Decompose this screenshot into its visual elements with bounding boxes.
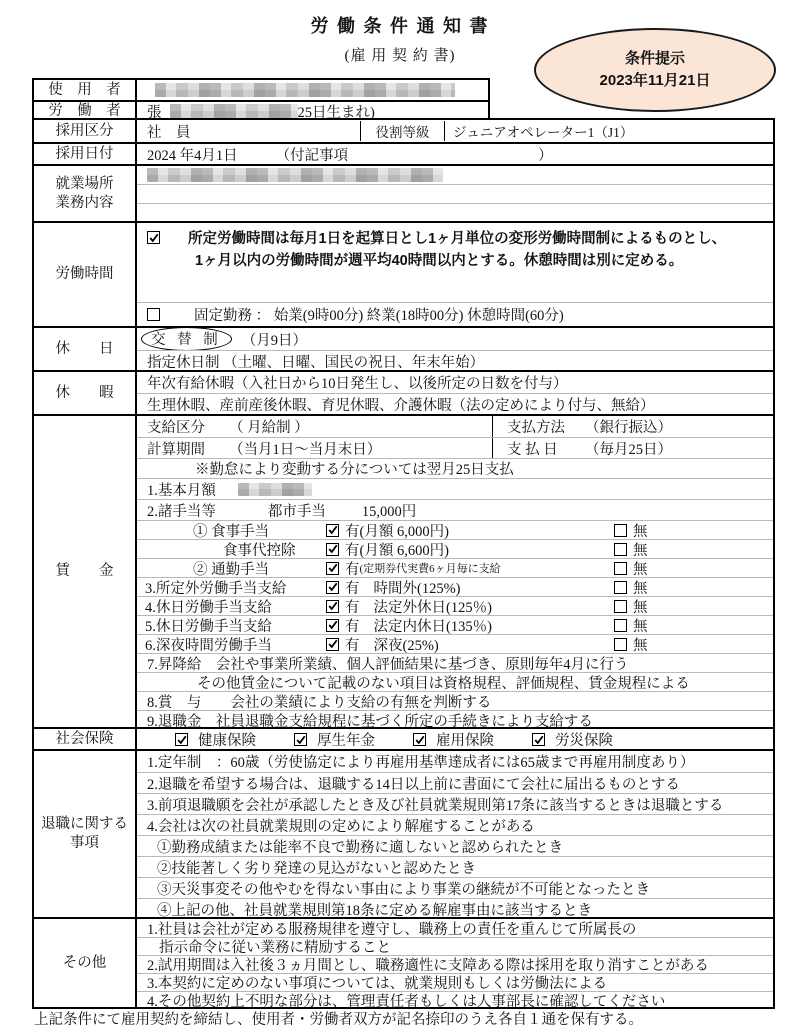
allowance-name: 都市手当 [268,500,326,521]
bonus-row: 8.賞 与 会社の業績により支給の有無を判断する [137,691,773,710]
work-hours-section: 労働時間 所定労働時間は毎月1日を起算日とし1ヶ月単位の変形労働時間制によるもの… [34,221,773,326]
insurance-label: 社会保険 [34,729,137,749]
hire-date-value: 2024 年4月1日 [147,144,238,165]
other-line: 2.試用期間は入社後３ヵ月間とし、職務適性に支障ある際は採用を取り消すことがある [137,955,773,973]
leave-section: 休 暇 年次有給休暇（入社日から10日発生し、以後所定の日数を付与） 生理休暇、… [34,370,773,414]
checkbox-unchecked-icon [614,638,627,651]
other-line: 指示命令に従い業務に精励すること [137,937,773,955]
base-salary-row: 1.基本月額 [137,478,773,499]
checkbox-unchecked-icon [147,308,160,321]
shift-system-circled: 交 替 制 [141,327,232,351]
base-salary-redaction [238,483,312,496]
annual-leave-line: 年次有給休暇（入社日から10日発生し、以後所定の日数を付与） [137,372,773,393]
allowance-check-row: ② 通勤手当 有(定期券代実費6ヶ月毎に支給 無 [137,558,773,577]
resignation-line: ②技能著しく劣り発達の見込がないと認めたとき [137,856,773,877]
checkbox-checked-icon [326,524,339,537]
checkbox-checked-icon [326,638,339,651]
retirement-pay-row: 9.退職金 社員退職金支給規程に基づく所定の手続きにより支給する [137,710,773,729]
resignation-line: ③天災事変その他やむを得ない事由により事業の継続が不可能となったとき [137,877,773,898]
work-hours-label: 労働時間 [34,223,137,326]
checkbox-checked-icon [326,543,339,556]
resignation-label: 退職に関する 事項 [34,751,137,917]
insurance-section: 社会保険 健康保険 厚生年金 雇用保険 労災保険 [34,727,773,749]
designated-holidays: 指定休日制 （土曜、日曜、国民の祝日、年末年始） [137,350,773,372]
insurance-item: 労災保険 [532,729,613,750]
workplace-empty-line [137,203,773,221]
other-line: 1.社員は会社が定める服務規律を遵守し、職務上の責任を重んじて所属長の [137,919,773,937]
worker-row: 労 働 者 張 25日生まれ) [34,100,488,120]
resignation-line: 4.会社は次の社員就業規則の定めにより解雇することがある [137,814,773,835]
raise-note-row: その他賃金について記載のない項目は資格規程、評価規程、賃金規程による [137,672,773,691]
stamp-date: 2023年11月21日 [600,70,711,92]
other-label: その他 [34,919,137,1007]
resignation-line: ①勤務成績または能率不良で勤務に適しないと認められたとき [137,835,773,856]
variable-hours-paragraph: 所定労働時間は毎月1日を起算日とし1ヶ月単位の変形労働時間制によるものとし、 1… [137,223,773,302]
recruit-category-section: 採用区分 社 員 役割等級 ジュニアオペレーター1（J1） [34,120,773,142]
leave-label: 休 暇 [34,372,137,414]
resignation-section: 退職に関する 事項 1.定年制 ：60歳（労使協定により再雇用基準達成者には65… [34,749,773,917]
insurance-item: 雇用保険 [413,729,494,750]
stamp-title: 条件提示 [625,48,685,70]
resignation-line: ④上記の他、社員就業規則第18条に定める解雇事由に該当するとき [137,898,773,919]
fixed-hours-text: 固定勤務 ： 始業(9時00分) 終業(18時00分) 休憩時間(60分) [194,304,564,325]
resignation-line: 2.退職を希望する場合は、退職する14日以上前に書面にて会社に届出るものとする [137,772,773,793]
allowances-row: 2.諸手当等 都市手当 15,000円 [137,499,773,520]
conditions-table: 採用区分 社 員 役割等級 ジュニアオペレーター1（J1） 採用日付 2024 … [32,118,775,1009]
hire-date-section: 採用日付 2024 年4月1日 （付記事項 ） [34,142,773,164]
workplace-redaction [147,168,443,182]
wage-section: 賃 金 支給区分 （ 月給制 ） 支払方法（銀行振込） 計算期間 （当月1日～当… [34,414,773,727]
labor-conditions-document: 労 働 条 件 通 知 書 (雇 用 契 約 書) 条件提示 2023年11月2… [0,0,800,1032]
hire-date-note-open: （付記事項 [276,144,349,165]
allowance-amount: 15,000円 [362,500,416,521]
recruit-category-value: 社 員 [147,121,360,142]
fixed-hours-row: 固定勤務 ： 始業(9時00分) 終業(18時00分) 休憩時間(60分) [137,302,773,326]
checkbox-checked-icon [413,733,426,746]
other-section: その他 1.社員は会社が定める服務規律を遵守し、職務上の責任を重んじて所属長の … [34,917,773,1007]
checkbox-unchecked-icon [614,543,627,556]
shift-system-note: （月9日） [242,329,307,350]
workplace-section: 就業場所 業務内容 [34,164,773,221]
parties-table: 使 用 者 労 働 者 張 25日生まれ) [32,78,490,120]
calc-period-row: 計算期間 （当月1日～当月末日） 支 払 日（毎月25日） [137,437,773,458]
checkbox-checked-icon [326,619,339,632]
other-line: 3.本契約に定めのない事項については、就業規則もしくは労働法による [137,973,773,991]
checkbox-unchecked-icon [614,524,627,537]
condition-presented-stamp: 条件提示 2023年11月21日 [534,28,776,112]
resignation-line: 1.定年制 ：60歳（労使協定により再雇用基準達成者には65歳まで再雇用制度あり… [137,751,773,772]
allowance-check-row: ① 食事手当 有(月額 6,000円) 無 [137,520,773,539]
workplace-empty-line [137,184,773,202]
allowance-check-row: 食事代控除 有(月額 6,600円) 無 [137,539,773,558]
raise-row: 7.昇降給 会社や事業所業績、個人評価結果に基づき、原則毎年4月に行う [137,653,773,672]
holidays-label: 休 日 [34,328,137,370]
checkbox-checked-icon [147,231,160,244]
hire-date-note-close: ） [538,144,553,165]
other-line: 4.その他契約上不明な部分は、管理責任者もしくは人事部長に確認してください [137,991,773,1009]
role-grade-value: ジュニアオペレーター1（J1） [445,121,633,141]
checkbox-checked-icon [326,562,339,575]
insurance-item: 厚生年金 [294,729,375,750]
role-grade-label: 役割等級 [360,121,445,141]
checkbox-checked-icon [294,733,307,746]
checkbox-checked-icon [326,581,339,594]
wage-label: 賃 金 [34,416,137,727]
allowance-check-row: 6.深夜時間労働手当 有深夜(25%) 無 [137,634,773,653]
holidays-section: 休 日 交 替 制 （月9日） 指定休日制 （土曜、日曜、国民の祝日、年末年始） [34,326,773,370]
hire-date-label: 採用日付 [34,144,137,164]
employer-label: 使 用 者 [34,80,137,100]
pay-type-row: 支給区分 （ 月給制 ） 支払方法（銀行振込） [137,416,773,437]
checkbox-checked-icon [532,733,545,746]
checkbox-unchecked-icon [614,600,627,613]
insurance-item: 健康保険 [175,729,256,750]
employer-row: 使 用 者 [34,80,488,100]
checkbox-unchecked-icon [614,619,627,632]
checkbox-checked-icon [326,600,339,613]
checkbox-unchecked-icon [614,562,627,575]
allowance-check-row: 4.休日労働手当支給 有法定外休日(125％) 無 [137,596,773,615]
other-leave-line: 生理休暇、産前産後休暇、育児休暇、介護休暇（法の定めにより付与、無給） [137,393,773,415]
wage-note-row: ※勤怠により変動する分については翌月25日支払 [137,458,773,478]
checkbox-unchecked-icon [614,581,627,594]
workplace-label: 就業場所 業務内容 [34,166,137,221]
allowance-check-row: 3.所定外労働手当支給 有時間外(125%) 無 [137,577,773,596]
worker-name-redaction [170,104,298,118]
employer-name-redaction [155,83,455,97]
footer-statement: 上記条件にて雇用契約を締結し、使用者・労働者双方が記名捺印のうえ各自１通を保有す… [34,1008,643,1029]
checkbox-checked-icon [175,733,188,746]
resignation-line: 3.前項退職願を会社が承認したとき及び社員就業規則第17条に該当するときは退職と… [137,793,773,814]
recruit-category-label: 採用区分 [34,120,137,142]
allowance-check-row: 5.休日労働手当支給 有法定内休日(135％) 無 [137,615,773,634]
